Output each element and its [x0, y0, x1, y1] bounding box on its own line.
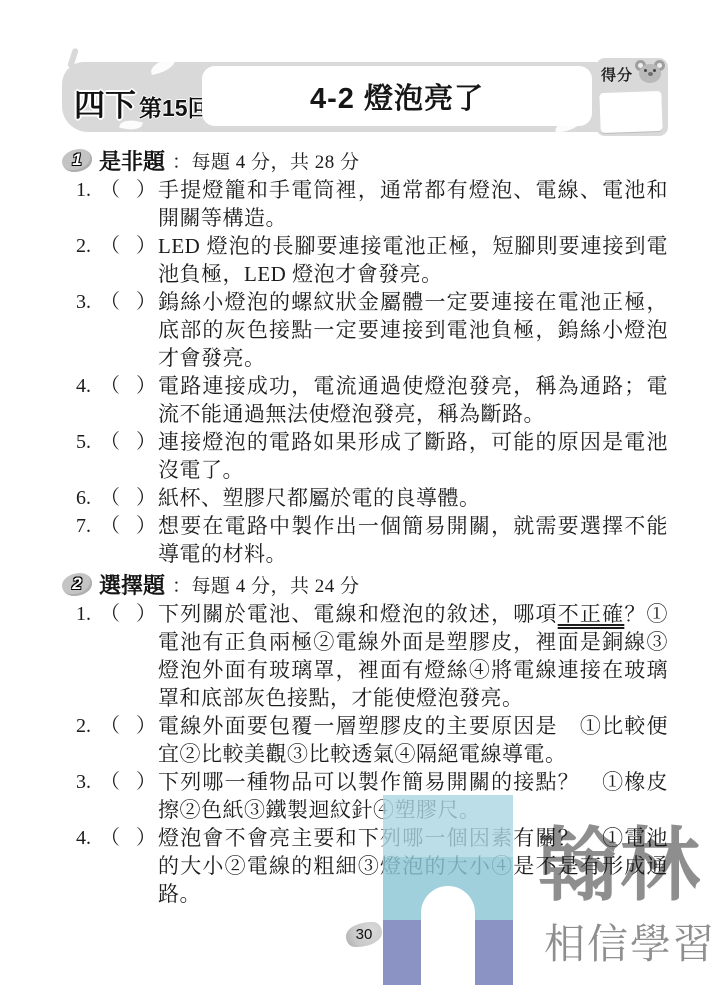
hanlin-slogan-text: 相信學習: [544, 924, 716, 965]
question-text: 手提燈籠和手電筒裡，通常都有燈泡、電線、電池和開關等構造。: [158, 176, 668, 232]
question-row: 4. （ ） 電路連接成功，電流通過使燈泡發亮，稱為通路；電流不能通過無法使燈泡…: [62, 372, 668, 428]
answer-parentheses: （ ）: [100, 288, 158, 316]
question-text: 連接燈泡的電路如果形成了斷路，可能的原因是電池沒電了。: [158, 428, 668, 484]
section-scoring-note: ：每題 4 分，共 28 分: [172, 147, 360, 174]
question-text: 想要在電路中製作出一個簡易開關，就需要選擇不能導電的材料。: [158, 512, 668, 568]
page-title: 4-2 燈泡亮了: [310, 76, 484, 117]
answer-parentheses: （ ）: [100, 712, 158, 740]
score-box: 得分: [596, 58, 668, 136]
question-row: 5. （ ） 連接燈泡的電路如果形成了斷路，可能的原因是電池沒電了。: [62, 428, 668, 484]
question-row: 3. （ ） 鎢絲小燈泡的螺紋狀金屬體一定要連接在電池正極，底部的灰色接點一定要…: [62, 288, 668, 372]
section-number-badge: 2: [62, 573, 92, 596]
question-text: 紙杯、塑膠尺都屬於電的良導體。: [158, 484, 668, 512]
answer-parentheses: （ ）: [100, 512, 158, 540]
question-row: 7. （ ） 想要在電路中製作出一個簡易開關，就需要選擇不能導電的材料。: [62, 512, 668, 568]
section-name: 是非題: [99, 145, 165, 176]
question-text: 下列關於電池、電線和燈泡的敘述，哪項不正確？①電池有正負兩極②電線外面是塑膠皮，…: [158, 600, 668, 712]
question-number: 1.: [76, 176, 100, 204]
worksheet-page: 四下 第15回 4-2 燈泡亮了 得分 1 是非題 ：每題 4 分，共 28 分…: [0, 0, 726, 1000]
grade-session-label: 四下 第15回: [74, 80, 200, 125]
question-row: 1. （ ） 下列關於電池、電線和燈泡的敘述，哪項不正確？①電池有正負兩極②電線…: [62, 600, 668, 712]
question-number: 3.: [76, 768, 100, 796]
question-number: 2.: [76, 712, 100, 740]
question-text: 下列哪一種物品可以製作簡易開關的接點？ ①橡皮擦②色紙③鐵製迴紋針④塑膠尺。: [158, 768, 668, 824]
question-text: 電路連接成功，電流通過使燈泡發亮，稱為通路；電流不能通過無法使燈泡發亮，稱為斷路…: [158, 372, 668, 428]
question-text: 電線外面要包覆一層塑膠皮的主要原因是 ①比較便宜②比較美觀③比較透氣④隔絕電線導…: [158, 712, 668, 768]
koala-icon: [635, 60, 665, 86]
question-row: 3. （ ） 下列哪一種物品可以製作簡易開關的接點？ ①橡皮擦②色紙③鐵製迴紋針…: [62, 768, 668, 824]
arch-left-leg: [383, 920, 421, 985]
question-number: 6.: [76, 484, 100, 512]
section-name: 選擇題: [99, 569, 165, 600]
grade-label: 四下: [74, 80, 136, 125]
answer-parentheses: （ ）: [100, 232, 158, 260]
page-number: 30: [356, 926, 373, 943]
answer-parentheses: （ ）: [100, 176, 158, 204]
question-number: 3.: [76, 288, 100, 316]
question-number: 5.: [76, 428, 100, 456]
answer-parentheses: （ ）: [100, 768, 158, 796]
score-label: 得分: [601, 64, 633, 85]
question-row: 2. （ ） 電線外面要包覆一層塑膠皮的主要原因是 ①比較便宜②比較美觀③比較透…: [62, 712, 668, 768]
underlined-phrase: 不正確: [558, 602, 625, 626]
title-box: 4-2 燈泡亮了: [202, 66, 592, 126]
question-row: 6. （ ） 紙杯、塑膠尺都屬於電的良導體。: [62, 484, 668, 512]
question-number: 1.: [76, 600, 100, 628]
question-number: 4.: [76, 824, 100, 852]
question-area: 1 是非題 ：每題 4 分，共 28 分 1. （ ） 手提燈籠和手電筒裡，通常…: [62, 146, 668, 908]
arch-right-leg: [475, 920, 513, 985]
question-number: 2.: [76, 232, 100, 260]
section-header-multiple-choice: 2 選擇題 ：每題 4 分，共 24 分: [62, 570, 668, 598]
question-text: 燈泡會不會亮主要和下列哪一個因素有關？ ①電池的大小②電線的粗細③燈泡的大小④是…: [158, 824, 668, 908]
question-row: 4. （ ） 燈泡會不會亮主要和下列哪一個因素有關？ ①電池的大小②電線的粗細③…: [62, 824, 668, 908]
answer-parentheses: （ ）: [100, 824, 158, 852]
answer-parentheses: （ ）: [100, 428, 158, 456]
section-number-badge: 1: [62, 149, 92, 172]
question-row: 1. （ ） 手提燈籠和手電筒裡，通常都有燈泡、電線、電池和開關等構造。: [62, 176, 668, 232]
question-number: 4.: [76, 372, 100, 400]
question-number: 7.: [76, 512, 100, 540]
question-text: LED 燈泡的長腳要連接電池正極，短腳則要連接到電池負極，LED 燈泡才會發亮。: [158, 232, 668, 288]
section-scoring-note: ：每題 4 分，共 24 分: [172, 571, 360, 598]
session-label: 第15回: [139, 90, 211, 123]
score-input-area: [599, 91, 662, 133]
question-text: 鎢絲小燈泡的螺紋狀金屬體一定要連接在電池正極，底部的灰色接點一定要連接到電池負極…: [158, 288, 668, 372]
page-number-badge: 30: [346, 922, 382, 947]
answer-parentheses: （ ）: [100, 484, 158, 512]
section-header-true-false: 1 是非題 ：每題 4 分，共 28 分: [62, 146, 668, 174]
answer-parentheses: （ ）: [100, 372, 158, 400]
answer-parentheses: （ ）: [100, 600, 158, 628]
question-row: 2. （ ） LED 燈泡的長腳要連接電池正極，短腳則要連接到電池負極，LED …: [62, 232, 668, 288]
